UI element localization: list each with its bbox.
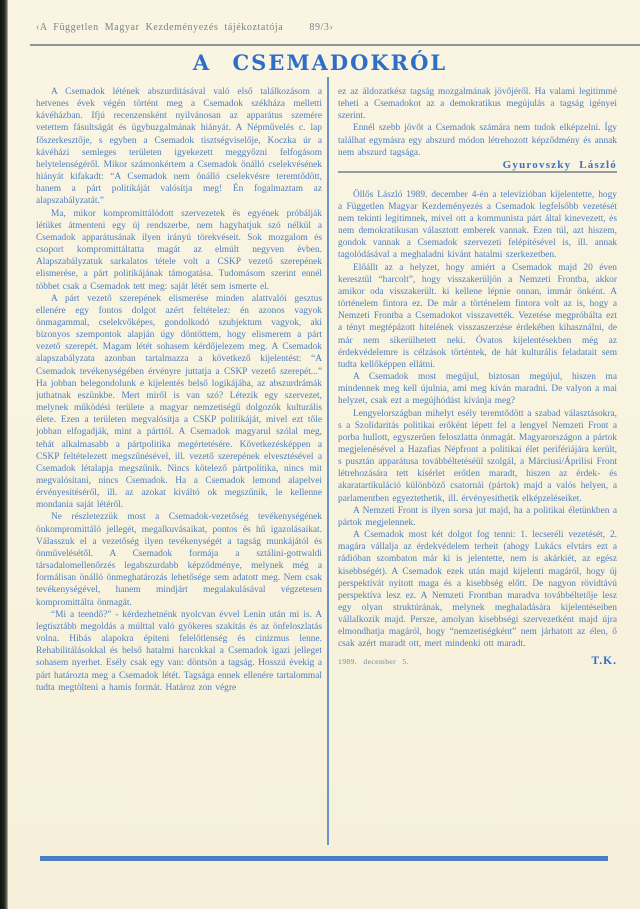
paragraph: “Mi a teendő?” - kérdezhetnénk nyolcvan … — [36, 609, 322, 694]
bottom-rule-bar — [40, 856, 608, 861]
paragraph: A Csemadok most megújul, biztosan megúju… — [338, 371, 617, 407]
article-footer: 1989. december 5. T.K. — [338, 655, 617, 668]
author-initials: T.K. — [591, 655, 617, 667]
author-signature: Gyurovszky László — [338, 159, 617, 171]
paragraph: Lengyelországban mihelyt esély teremtődö… — [338, 408, 617, 505]
article-separator-rule — [338, 171, 617, 173]
paragraph: A Csemadok létének abszurditásával való … — [36, 86, 322, 208]
article-date: 1989. december 5. — [338, 656, 409, 668]
paragraph: Ma, mikor kompromittálódott szervezetek … — [36, 208, 322, 293]
paragraph: Ne részletezzük most a Csemadok-vezetősé… — [36, 511, 322, 608]
left-column: A Csemadok létének abszurditásával való … — [36, 86, 322, 826]
masthead-rule — [30, 44, 640, 46]
masthead: ‹A Független Magyar Kezdeményezés tájéko… — [36, 22, 616, 33]
paragraph: A Csemadok most két dolgot fog tenni: 1.… — [338, 529, 617, 651]
paragraph: Előállt az a helyzet, hogy amiért a Csem… — [338, 262, 617, 371]
paragraph: Öllős László 1989. december 4-én a telev… — [338, 189, 617, 262]
column-divider — [327, 77, 329, 845]
scan-edge-shadow — [0, 0, 8, 909]
issue-number: 89/3› — [309, 22, 333, 33]
right-column: ez az áldozatkész tagság mozgalmának jöv… — [338, 86, 617, 846]
paragraph: A párt vezető szerepének elismerése mind… — [36, 293, 322, 512]
paragraph: ez az áldozatkész tagság mozgalmának jöv… — [338, 86, 617, 122]
paragraph: Ennél szebb jövőt a Csemadok számára nem… — [338, 122, 617, 158]
article-title: A CSEMADOKRÓL — [0, 50, 640, 75]
masthead-title: ‹A Független Magyar Kezdeményezés tájéko… — [36, 22, 283, 33]
paragraph: A Nemzeti Front is ilyen sorsa jut majd,… — [338, 505, 617, 529]
scanned-newsletter-page: ‹A Független Magyar Kezdeményezés tájéko… — [0, 0, 640, 909]
